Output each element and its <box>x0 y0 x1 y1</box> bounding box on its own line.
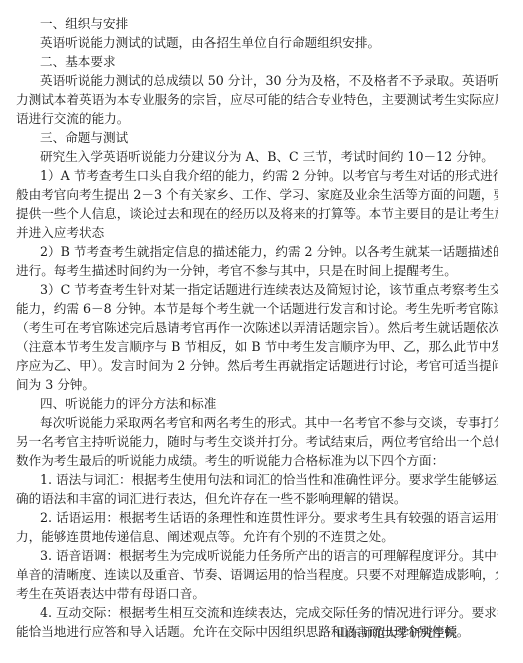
paragraph-line: （注意本节考生发言顺序与 B 节相反，如 B 节中考生发言顺序为甲、乙，那么此节… <box>16 337 498 356</box>
section-heading: 二、基本要求 <box>16 52 498 71</box>
paragraph-line: （考生可在考官陈述完后恳请考官再作一次陈述以弄清话题宗旨）。然后考生就话题依次发… <box>16 318 498 337</box>
paragraph-line: 并进入应考状态 <box>16 223 498 242</box>
section-heading: 三、命题与测试 <box>16 128 498 147</box>
paragraph-line: 序应为乙、甲）。发言时间为 2 分钟。然后考生再就指定话题进行讨论，考官可适当提… <box>16 356 498 375</box>
paragraph-line: 般由考官向考生提出 2－3 个有关家乡、工作、学习、家庭及业余生活等方面的问题，… <box>16 185 498 204</box>
paragraph-line: 语进行交流的能力。 <box>16 109 498 128</box>
paragraph-line: 数作为考生最后的听说能力成绩。考生的听说能力合格标准为以下四个方面： <box>16 451 498 470</box>
paragraph-line: 力，能够连贯地传递信息、阐述观点等。允许有个别的不连贯之处。 <box>16 527 498 546</box>
paragraph-line: 单音的清晰度、连读以及重音、节奏、语调运用的恰当程度。只要不对理解造成影响，允许 <box>16 565 498 584</box>
paragraph-line: 英语听说能力测试的总成绩以 50 分计，30 分为及格，不及格者不予录取。英语听… <box>16 71 498 90</box>
paragraph-line: 1）A 节考查考生口头自我介绍的能力，约需 2 分钟。以考官与考生对话的形式进行… <box>16 166 498 185</box>
paragraph-line: 另一名考官主持听说能力，随时与考生交谈并打分。考试结束后，两位考官给出一个总体分 <box>16 432 498 451</box>
paragraph-line: 2. 话语运用：根据考生话语的条理性和连贯性评分。要求考生具有较强的语言运用能 <box>16 508 498 527</box>
paragraph-line: 2）B 节考查考生就指定信息的描述能力，约需 2 分钟。以各考生就某一话题描述的… <box>16 242 498 261</box>
paragraph-line: 能力，约需 6－8 分钟。本节是每个考生就一个话题进行发言和讨论。考生先听考官陈… <box>16 299 498 318</box>
document-body: 一、组织与安排 英语听说能力测试的试题，由各招生单位自行命题组织安排。 二、基本… <box>16 14 498 641</box>
paragraph-line: 提供一些个人信息，谈论过去和现在的经历以及将来的打算等。本节主要目的是让考生放松 <box>16 204 498 223</box>
paragraph-line: 3. 语音语调：根据考生为完成听说能力任务所产出的语言的可理解程度评分。其中包括 <box>16 546 498 565</box>
paragraph-line: 1. 语法与词汇：根据考生使用句法和词汇的恰当性和准确性评分。要求学生能够运用准 <box>16 470 498 489</box>
paragraph-line: 4. 互动交际：根据考生相互交流和连续表达，完成交际任务的情况进行评分。要求考生 <box>16 603 498 622</box>
section-heading: 四、听说能力的评分方法和标准 <box>16 394 498 413</box>
paragraph-line: 力测试本着英语为本专业服务的宗旨，应尽可能的结合专业特色，主要测试考生实际应用英 <box>16 90 498 109</box>
signature: 山东师范大学研究生院 <box>337 625 457 641</box>
paragraph-line: 研究生入学英语听说能力分建议分为 A、B、C 三节，考试时间约 10－12 分钟… <box>16 147 498 166</box>
paragraph-line: 3）C 节考查考生针对某一指定话题进行连续表达及简短讨论，该节重点考察考生交流的 <box>16 280 498 299</box>
document-page: 一、组织与安排 英语听说能力测试的试题，由各招生单位自行命题组织安排。 二、基本… <box>0 0 523 663</box>
paragraph-line: 进行。每考生描述时间约为一分钟，考官不参与其中，只是在时间上提醒考生。 <box>16 261 498 280</box>
paragraph-line: 考生在英语表达中带有母语口音。 <box>16 584 498 603</box>
paragraph-line: 英语听说能力测试的试题，由各招生单位自行命题组织安排。 <box>16 33 498 52</box>
paragraph-line: 间为 3 分钟。 <box>16 375 498 394</box>
paragraph-line: 每次听说能力采取两名考官和两名考生的形式。其中一名考官不参与交谈，专事打分； <box>16 413 498 432</box>
paragraph-line: 确的语法和丰富的词汇进行表达，但允许存在一些不影响理解的错误。 <box>16 489 498 508</box>
section-heading: 一、组织与安排 <box>16 14 498 33</box>
